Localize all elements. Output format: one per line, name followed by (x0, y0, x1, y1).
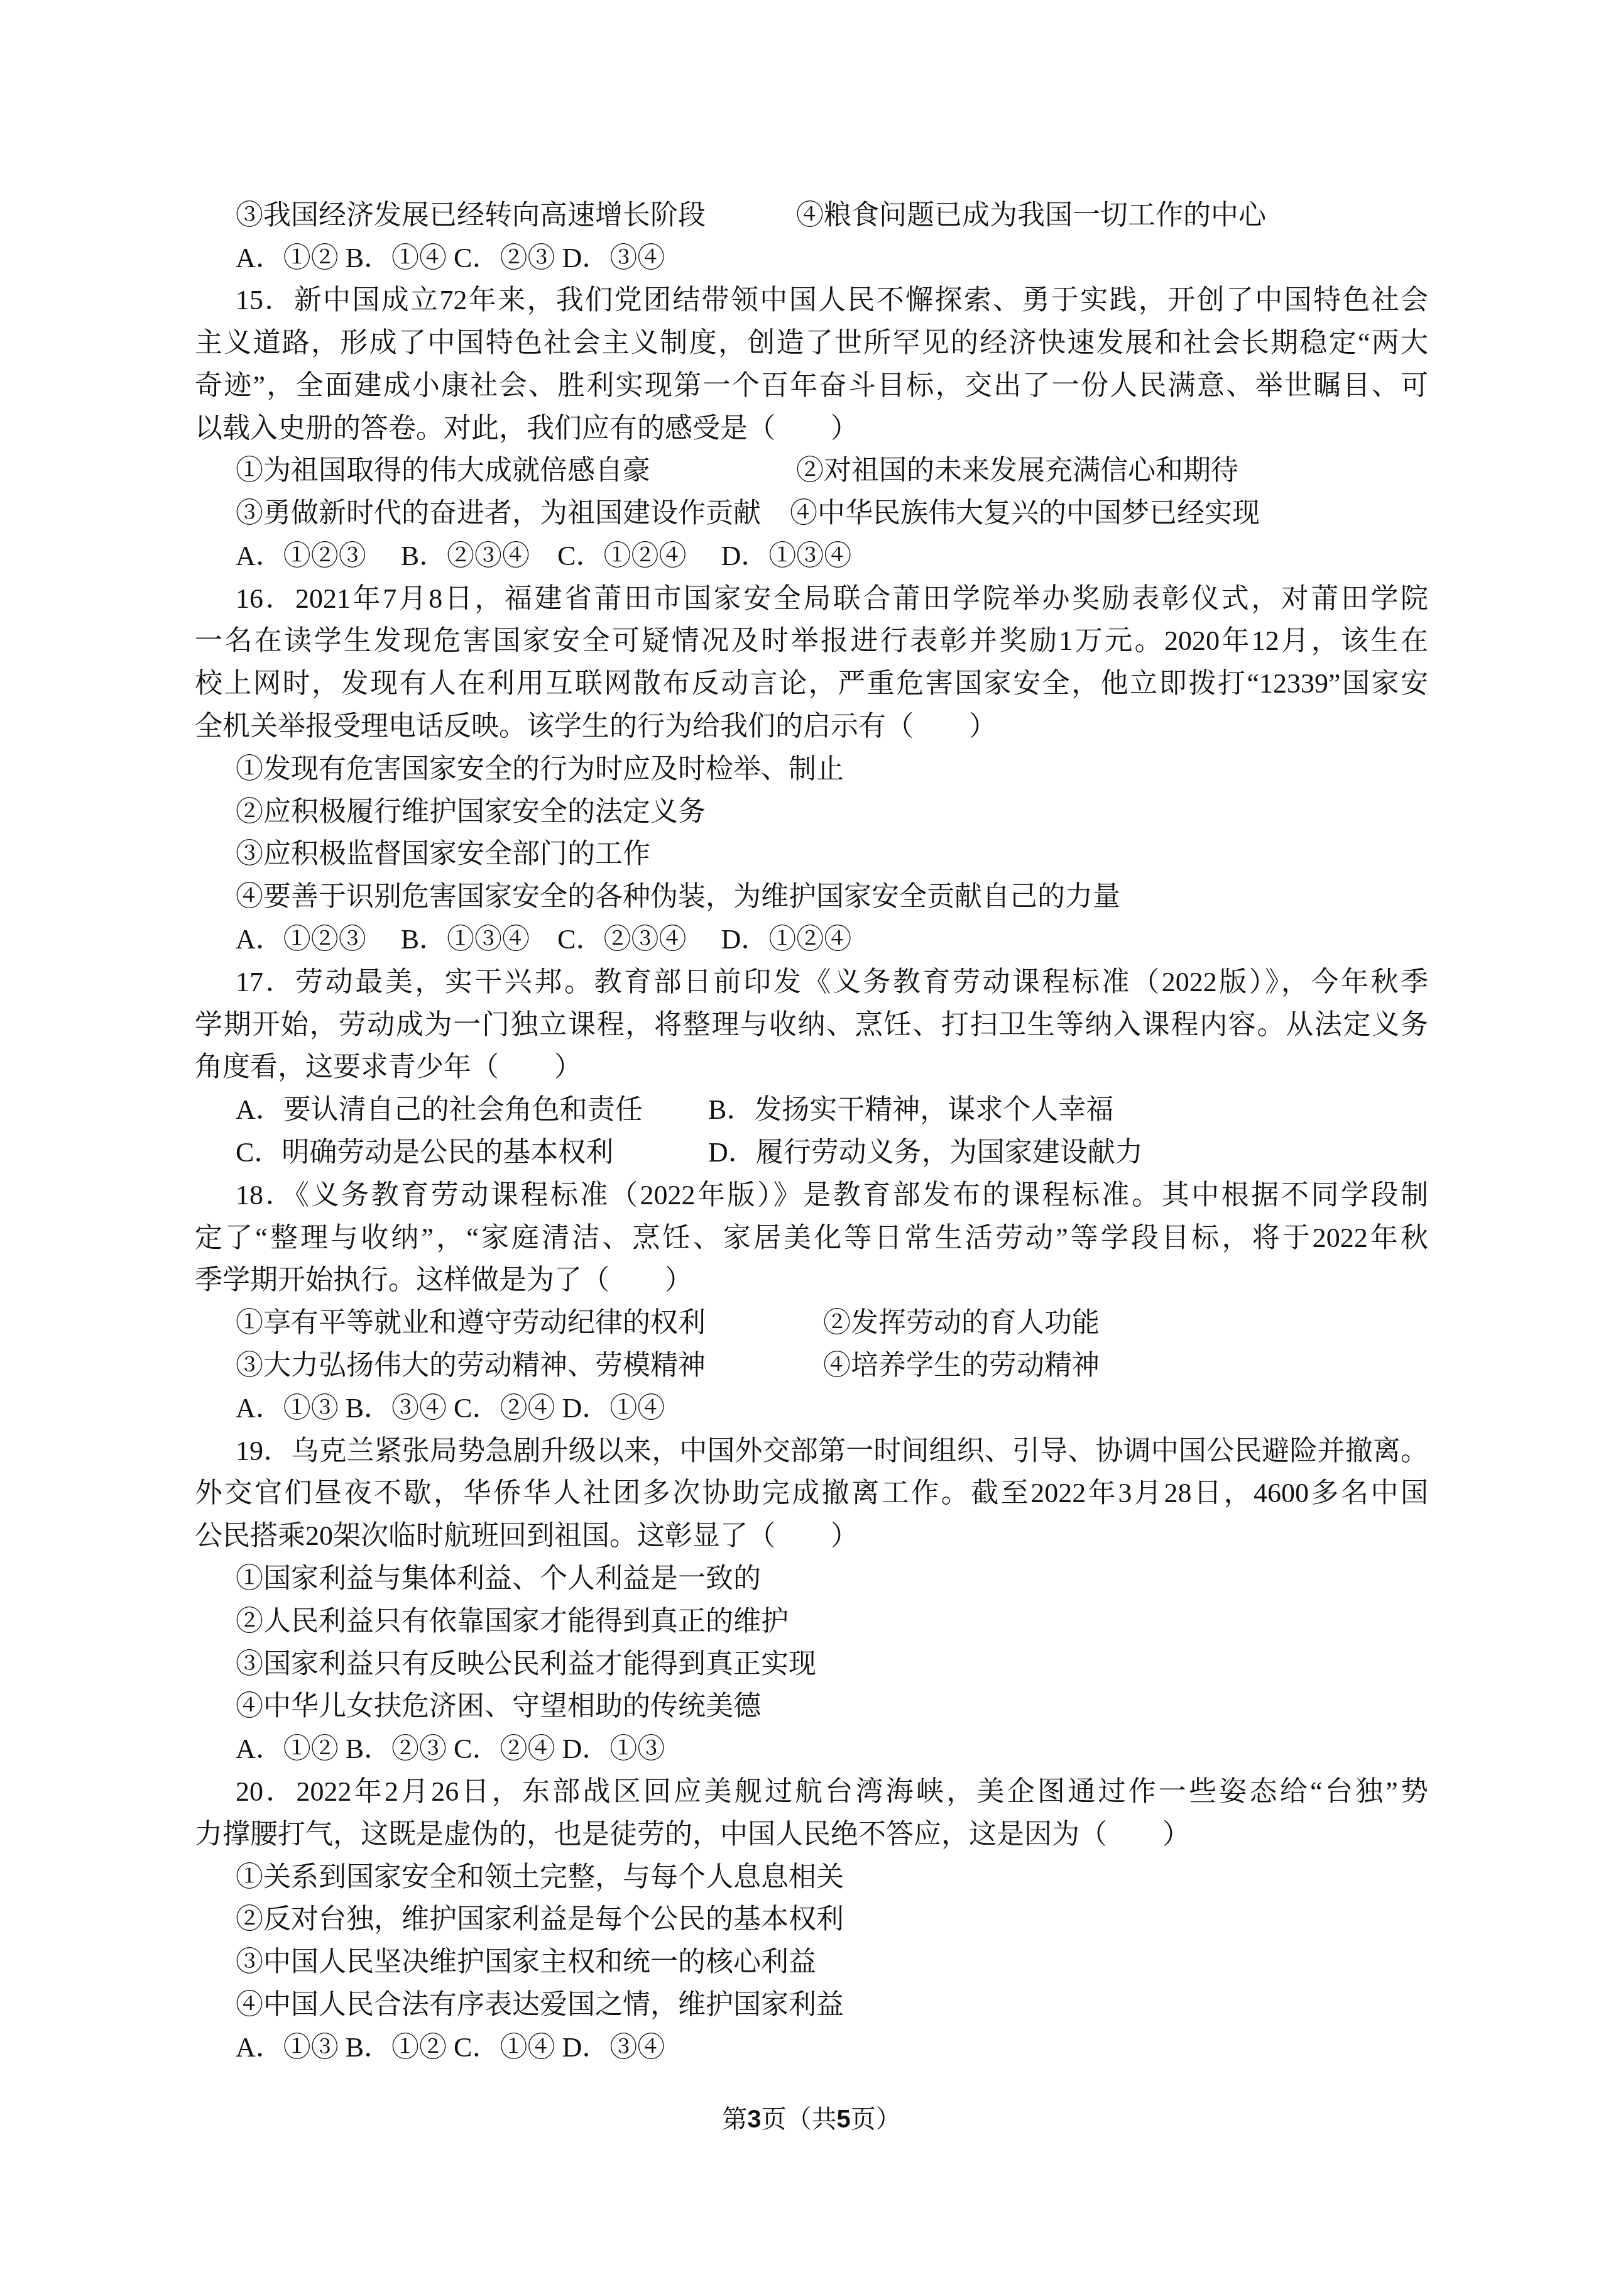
page-footer: 第3页（共5页） (0, 2099, 1623, 2135)
q14-statement-3: ③我国经济发展已经转向高速增长阶段 (236, 194, 706, 237)
q19-statement-4: ④中华儿女扶危济困、守望相助的传统美德 (236, 1685, 761, 1728)
q19-answer-choices: A．①② B．②③ C．②④ D．①③ (236, 1728, 665, 1771)
q19-statement-2: ②人民利益只有依靠国家才能得到真正的维护 (236, 1600, 789, 1643)
q16-statement-1: ①发现有危害国家安全的行为时应及时检举、制止 (236, 748, 844, 791)
footer-total-pages: 5 (837, 2106, 851, 2133)
q19-statement-3: ③国家利益只有反映公民利益才能得到真正实现 (236, 1643, 816, 1686)
exam-page: ③我国经济发展已经转向高速增长阶段 ④粮食问题已成为我国一切工作的中心 A．①②… (0, 0, 1623, 2296)
q20-statement-4: ④中国人民合法有序表达爱国之情，维护国家利益 (236, 1984, 844, 2026)
q16-stem-line-4: 全机关举报受理电话反映。该学生的行为给我们的启示有（ ） (195, 705, 997, 748)
q15-stem-line-4: 以载入史册的答卷。对此，我们应有的感受是（ ） (195, 407, 858, 450)
q15-statement-2: ②对祖国的未来发展充满信心和期待 (796, 449, 1238, 492)
q18-stem-line-1: 18．《义务教育劳动课程标准（2022年版）》是教育部发布的课程标准。其中根据不… (236, 1174, 1428, 1217)
footer-middle: 页（共 (762, 2105, 837, 2133)
q17-stem-line-2: 学期开始，劳动成为一门独立课程，将整理与收纳、烹饪、打扫卫生等纳入课程内容。从法… (195, 1004, 1428, 1046)
q16-statement-3: ③应积极监督国家安全部门的工作 (236, 833, 650, 876)
q18-statement-3: ③大力弘扬伟大的劳动精神、劳模精神 (236, 1344, 706, 1387)
q19-stem-line-3: 公民搭乘20架次临时航班回到祖国。这彰显了（ ） (195, 1515, 858, 1557)
q17-stem-line-3: 角度看，这要求青少年（ ） (195, 1046, 582, 1089)
q14-statement-4: ④粮食问题已成为我国一切工作的中心 (796, 194, 1266, 237)
q14-answer-choices: A．①② B．①④ C．②③ D．③④ (236, 237, 665, 280)
q15-statement-3: ③勇做新时代的奋进者，为祖国建设作贡献 (236, 492, 761, 535)
q18-stem-line-2: 定了“整理与收纳”，“家庭清洁、烹饪、家居美化等日常生活劳动”等学段目标，将于2… (195, 1217, 1428, 1260)
q18-answer-choices: A．①③ B．③④ C．②④ D．①④ (236, 1387, 665, 1430)
q18-statement-4: ④培养学生的劳动精神 (823, 1344, 1100, 1387)
q20-statement-3: ③中国人民坚决维护国家主权和统一的核心利益 (236, 1941, 816, 1984)
q18-statement-1: ①享有平等就业和遵守劳动纪律的权利 (236, 1302, 706, 1344)
q18-stem-line-3: 季学期开始执行。这样做是为了（ ） (195, 1259, 692, 1302)
q15-statement-1: ①为祖国取得的伟大成就倍感自豪 (236, 449, 650, 492)
q15-statement-4: ④中华民族伟大复兴的中国梦已经实现 (790, 492, 1260, 535)
q20-answer-choices: A．①③ B．①② C．①④ D．③④ (236, 2026, 665, 2069)
q16-stem-line-1: 16．2021年7月8日，福建省莆田市国家安全局联合莆田学院举办奖励表彰仪式，对… (236, 578, 1428, 620)
q16-answer-choices: A．①②③ B．①③④ C．②③④ D．①②④ (236, 918, 851, 961)
q15-answer-choices: A．①②③ B．②③④ C．①②④ D．①③④ (236, 535, 851, 578)
q19-stem-line-1: 19．乌克兰紧张局势急剧升级以来，中国外交部第一时间组织、引导、协调中国公民避险… (236, 1430, 1428, 1473)
q20-stem-line-2: 力撑腰打气，这既是虚伪的，也是徒劳的，中国人民绝不答应，这是因为（ ） (195, 1813, 1190, 1856)
footer-prefix: 第 (722, 2105, 747, 2133)
q17-option-d: D．履行劳动义务，为国家建设献力 (708, 1131, 1143, 1174)
q16-statement-4: ④要善于识别危害国家安全的各种伪装，为维护国家安全贡献自己的力量 (236, 876, 1120, 918)
q17-stem-line-1: 17．劳动最美，实干兴邦。教育部日前印发《义务教育劳动课程标准（2022版）》，… (236, 961, 1428, 1004)
q17-option-a: A．要认清自己的社会角色和责任 (236, 1089, 643, 1131)
q17-option-c: C．明确劳动是公民的基本权利 (236, 1131, 613, 1174)
q16-stem-line-2: 一名在读学生发现危害国家安全可疑情况及时举报进行表彰并奖励1万元。2020年12… (195, 620, 1428, 662)
q20-statement-1: ①关系到国家安全和领土完整，与每个人息息相关 (236, 1856, 844, 1899)
q17-option-b: B．发扬实干精神，谋求个人幸福 (708, 1089, 1113, 1131)
q15-stem-line-2: 主义道路，形成了中国特色社会主义制度，创造了世所罕见的经济快速发展和社会长期稳定… (195, 322, 1428, 365)
q20-statement-2: ②反对台独，维护国家利益是每个公民的基本权利 (236, 1898, 844, 1941)
q18-statement-2: ②发挥劳动的育人功能 (823, 1302, 1100, 1344)
q20-stem-line-1: 20．2022年2月26日，东部战区回应美舰过航台湾海峡，美企图通过作一些姿态给… (236, 1771, 1428, 1813)
footer-suffix: 页） (851, 2105, 901, 2133)
q19-stem-line-2: 外交官们昼夜不歇，华侨华人社团多次协助完成撤离工作。截至2022年3月28日，4… (195, 1472, 1428, 1515)
footer-page-number: 3 (747, 2106, 761, 2133)
q19-statement-1: ①国家利益与集体利益、个人利益是一致的 (236, 1557, 761, 1600)
q15-stem-line-3: 奇迹”，全面建成小康社会、胜利实现第一个百年奋斗目标，交出了一份人民满意、举世瞩… (195, 365, 1428, 407)
q16-stem-line-3: 校上网时，发现有人在利用互联网散布反动言论，严重危害国家安全，他立即拨打“123… (195, 662, 1428, 705)
q15-stem-line-1: 15．新中国成立72年来，我们党团结带领中国人民不懈探索、勇于实践，开创了中国特… (236, 279, 1428, 322)
q16-statement-2: ②应积极履行维护国家安全的法定义务 (236, 791, 706, 833)
